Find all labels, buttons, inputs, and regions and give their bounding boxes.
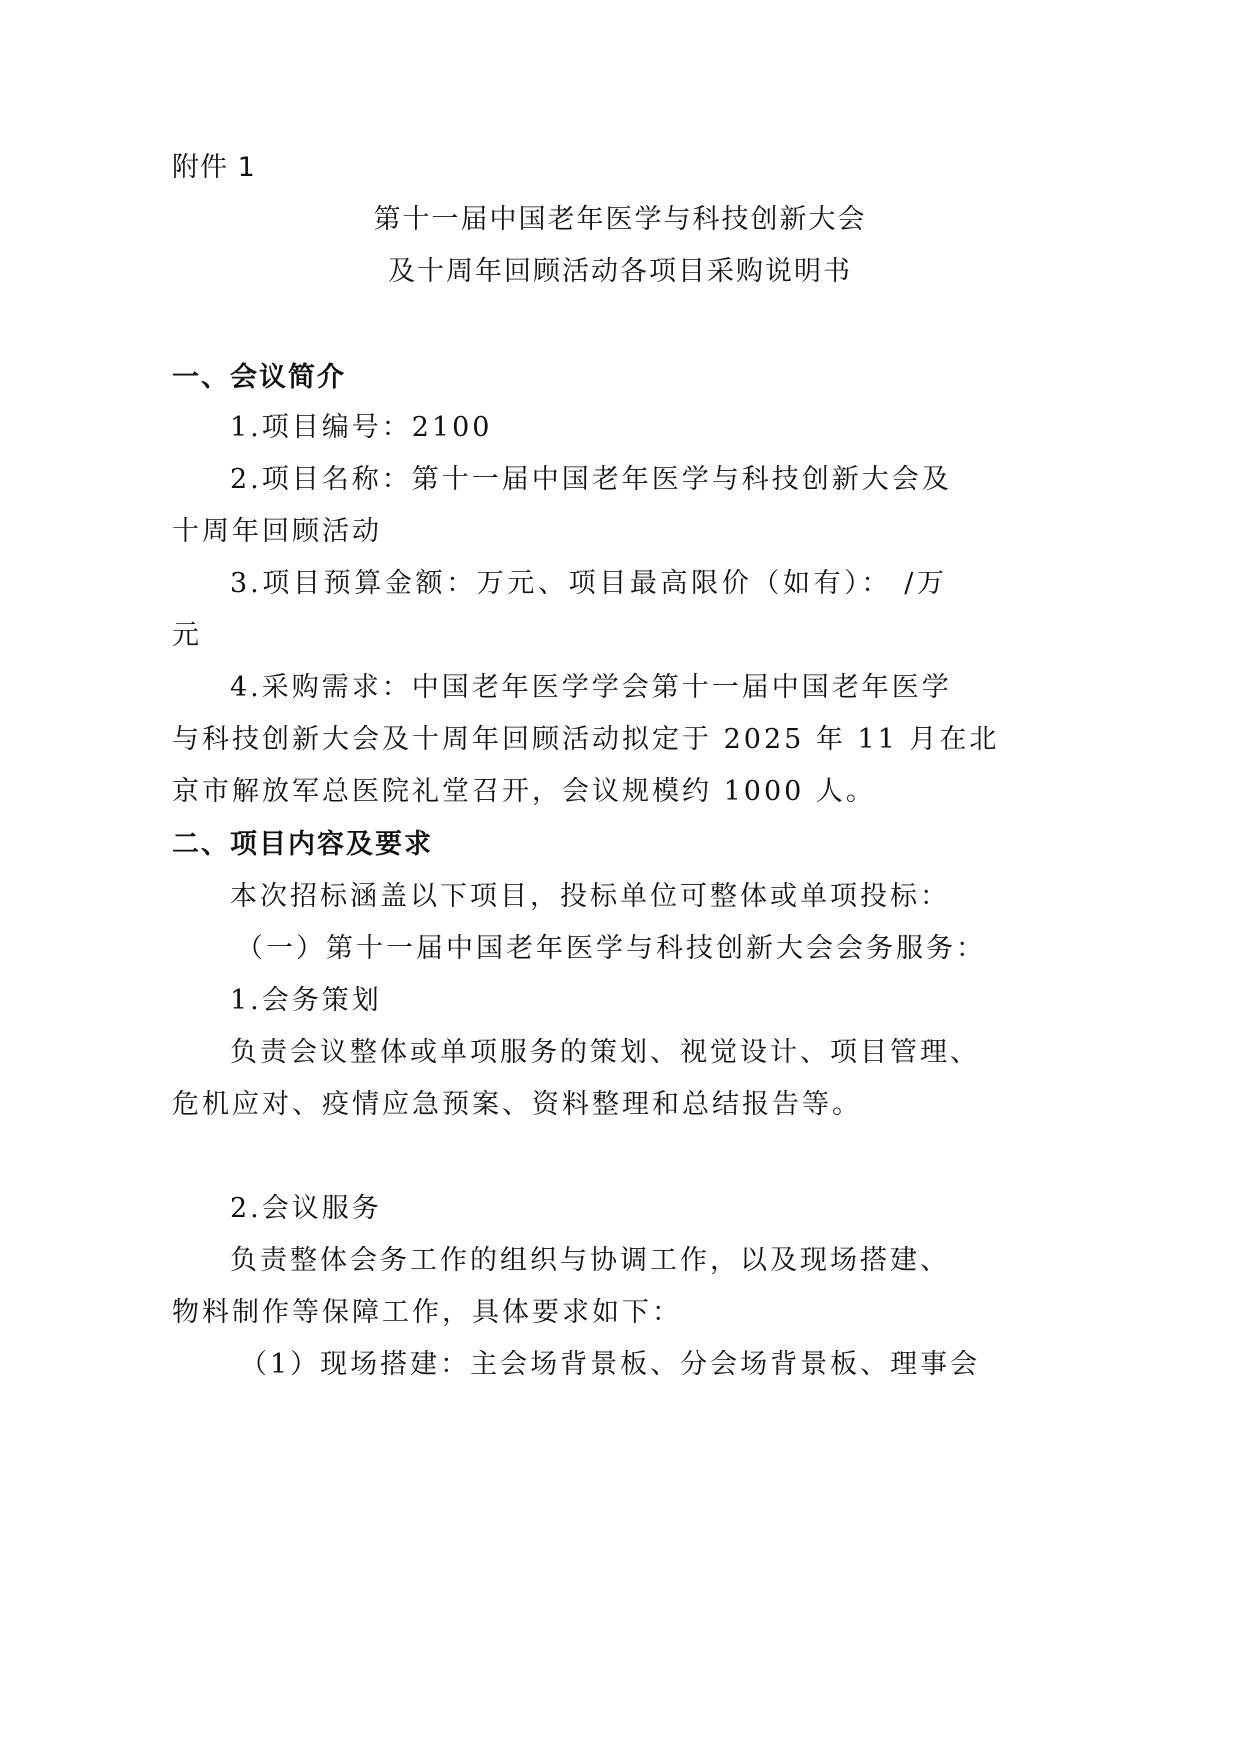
document-page: 附件 1 第十一届中国老年医学与科技创新大会 及十周年回顾活动各项目采购说明书 … — [0, 0, 1240, 1755]
section-heading-1: 一、会议简介 — [172, 352, 947, 404]
item-planning-line-1: 负责会议整体或单项服务的策划、视觉设计、项目管理、 — [230, 1027, 947, 1079]
project-name-line-2: 十周年回顾活动 — [172, 506, 947, 558]
item-service-line-1: 负责整体会务工作的组织与协调工作，以及现场搭建、 — [230, 1235, 947, 1287]
requirement-line-3: 京市解放军总医院礼堂召开，会议规模约 1000 人。 — [172, 766, 947, 818]
document-title-line-1: 第十一届中国老年医学与科技创新大会 — [0, 194, 1240, 246]
project-name-line-1: 2.项目名称：第十一届中国老年医学与科技创新大会及 — [230, 454, 947, 506]
section-heading-2: 二、项目内容及要求 — [172, 819, 947, 871]
budget-line-1: 3.项目预算金额：万元、项目最高限价（如有）： /万 — [230, 558, 947, 610]
budget-line-2: 元 — [172, 610, 947, 662]
item-service-sub-1: （1）现场搭建：主会场背景板、分会场背景板、理事会 — [240, 1339, 947, 1391]
item-planning-line-2: 危机应对、疫情应急预案、资料整理和总结报告等。 — [172, 1079, 947, 1131]
requirement-line-1: 4.采购需求：中国老年医学学会第十一届中国老年医学 — [230, 662, 947, 714]
document-title-line-2: 及十周年回顾活动各项目采购说明书 — [0, 246, 1240, 298]
project-number: 1.项目编号：2100 — [230, 402, 947, 454]
item-service-line-2: 物料制作等保障工作，具体要求如下： — [172, 1287, 947, 1339]
requirement-line-2: 与科技创新大会及十周年回顾活动拟定于 2025 年 11 月在北 — [172, 714, 947, 766]
item-service-title: 2.会议服务 — [230, 1183, 947, 1235]
attachment-label: 附件 1 — [172, 142, 947, 194]
subsection-heading-1: （一）第十一届中国老年医学与科技创新大会会务服务： — [236, 923, 960, 975]
section2-intro: 本次招标涵盖以下项目，投标单位可整体或单项投标： — [230, 871, 947, 923]
item-planning-title: 1.会务策划 — [230, 975, 947, 1027]
